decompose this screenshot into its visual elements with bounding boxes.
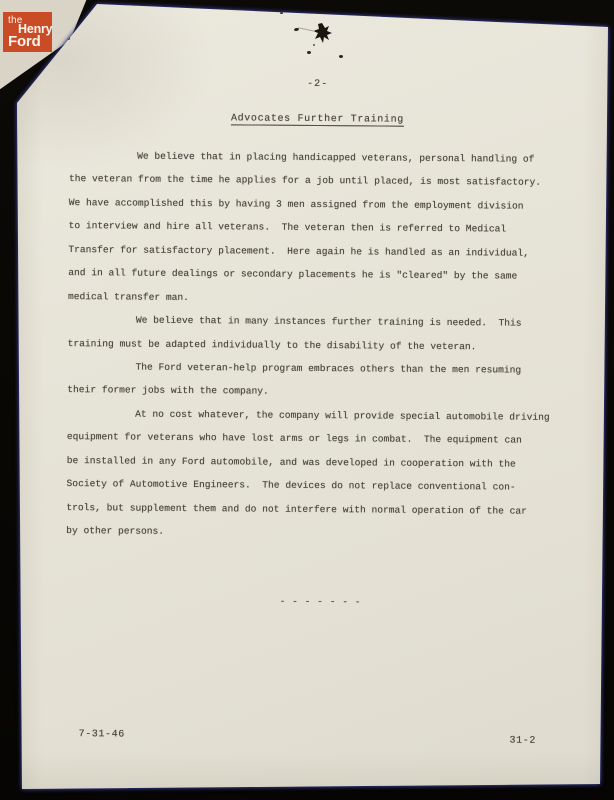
typewritten-content: -2- Advocates Further Training We believ… [0,0,614,800]
body-line: and in all future dealings or secondary … [68,261,560,288]
separator-dashes: - - - - - - - [280,596,361,608]
body-line: Society of Automotive Engineers. The dev… [66,472,558,499]
henry-ford-watermark-badge: the Henry Ford [3,12,52,52]
watermark-word-ford: Ford [8,33,41,50]
document-body: We believe that in placing handicapped v… [66,144,561,546]
photo-background: -2- Advocates Further Training We believ… [0,0,614,800]
footer-page-code: 31-2 [510,736,536,747]
document-paper-wrap: -2- Advocates Further Training We believ… [0,0,614,800]
body-line: We believe that in many instances furthe… [68,308,560,335]
page-number: -2- [78,77,558,92]
document-title: Advocates Further Training [77,112,557,127]
document-paper: -2- Advocates Further Training We believ… [0,0,614,800]
body-line: equipment for veterans who have lost arm… [67,425,559,452]
body-line: to interview and hire all veterans. The … [69,214,561,241]
body-line: by other persons. [66,519,558,546]
footer-date: 7-31-46 [79,729,125,740]
